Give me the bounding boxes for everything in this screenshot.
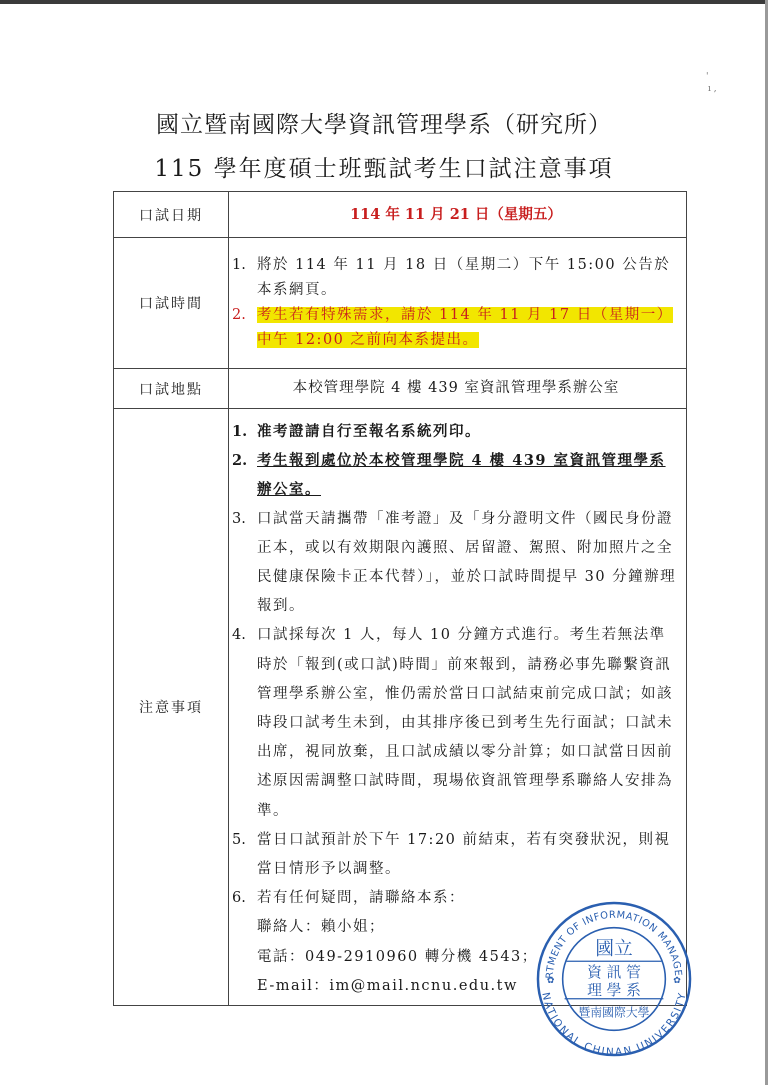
label-exam-date: 口試日期 [114,192,229,238]
exam-date-value: 114 年 11 月 21 日（星期五） [229,192,687,238]
note-item-1: 1. 准考證請自行至報名系統列印。 [232,417,680,446]
seal-line2b: 理 學 系 [587,982,641,999]
row-exam-time: 口試時間 1. 將於 114 年 11 月 18 日（星期二）下午 15:00 … [114,238,687,369]
seal-line2a: 資 訊 管 [587,964,641,981]
seal-line1: 國立 [595,937,633,959]
label-exam-location: 口試地點 [114,369,229,409]
seal-flower-icon: ✿ [673,976,681,986]
document-title: 國立暨南國際大學資訊管理學系（研究所） [0,106,768,139]
department-seal-stamp: DEPARTMENT OF INFORMATION MANAGEMENT NAT… [535,900,693,1058]
scan-edge-top [0,0,768,4]
seal-outer-bottom-text: NATIONAL CHINAN UNIVERSITY [539,991,688,1058]
highlighted-text: 考生若有特殊需求，請於 114 年 11 月 17 日（星期一）中午 12:00… [257,307,673,348]
time-item-1: 1. 將於 114 年 11 月 18 日（星期二）下午 15:00 公告於本系… [232,253,680,303]
scan-speck: ı , [708,84,717,94]
label-exam-time: 口試時間 [114,238,229,369]
note-item-3: 3. 口試當天請攜帶「准考證」及「身分證明文件（國民身份證正本，或以有效期限內護… [232,505,680,622]
note-item-4: 4. 口試採每次 1 人，每人 10 分鐘方式進行。考生若無法準時於「報到(或口… [232,621,680,825]
exam-location-value: 本校管理學院 4 樓 439 室資訊管理學系辦公室 [229,369,687,409]
row-exam-date: 口試日期 114 年 11 月 21 日（星期五） [114,192,687,238]
scan-speck: ' [706,72,708,82]
label-notes: 注意事項 [114,409,229,1006]
note-item-5: 5. 當日口試預計於下午 17:20 前結束，若有突發狀況，則視當日情形予以調整… [232,826,680,884]
notice-table: 口試日期 114 年 11 月 21 日（星期五） 口試時間 1. 將於 114… [113,191,687,1006]
seal-flower-icon: ✿ [547,976,555,986]
document-subtitle: 115 學年度碩士班甄試考生口試注意事項 [0,150,768,183]
exam-time-value: 1. 將於 114 年 11 月 18 日（星期二）下午 15:00 公告於本系… [229,238,687,369]
note-item-2: 2. 考生報到處位於本校管理學院 4 樓 439 室資訊管理學系辦公室。 [232,446,680,504]
seal-line3: 暨南國際大學 [578,1006,649,1020]
time-item-2-highlighted: 2. 考生若有特殊需求，請於 114 年 11 月 17 日（星期一）中午 12… [232,303,680,353]
row-exam-location: 口試地點 本校管理學院 4 樓 439 室資訊管理學系辦公室 [114,369,687,409]
